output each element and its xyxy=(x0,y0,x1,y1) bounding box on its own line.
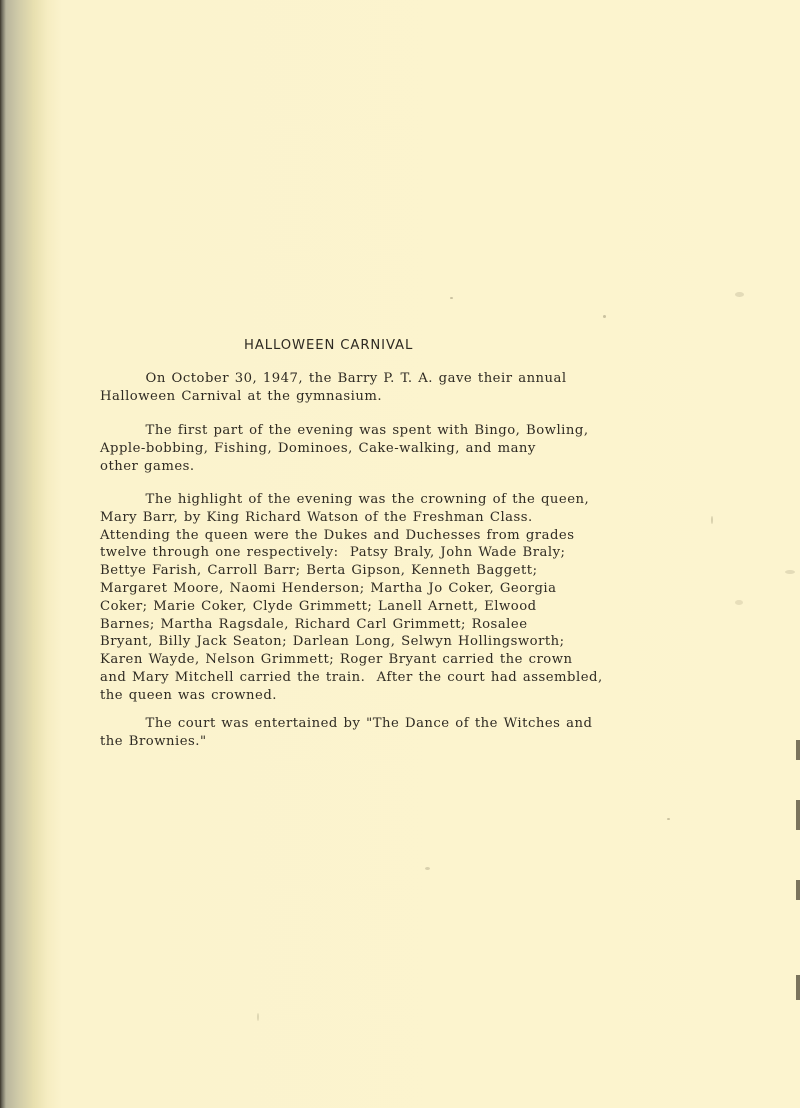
text-line: Bettye Farish, Carroll Barr; Berta Gipso… xyxy=(100,563,603,581)
scan-speck xyxy=(711,516,713,524)
paragraph-crowning: The highlight of the evening was the cro… xyxy=(100,492,603,706)
paragraph-games: The first part of the evening was spent … xyxy=(100,423,589,476)
text-line: The highlight of the evening was the cro… xyxy=(100,492,603,510)
text-line: Attending the queen were the Dukes and D… xyxy=(100,528,603,546)
scan-speck xyxy=(450,297,453,299)
document-title: HALLOWEEN CARNIVAL xyxy=(244,338,413,353)
text-line: Halloween Carnival at the gymnasium. xyxy=(100,389,567,407)
scan-speck xyxy=(667,818,670,820)
text-line: Apple-bobbing, Fishing, Dominoes, Cake-w… xyxy=(100,441,589,459)
scan-speck xyxy=(735,292,744,297)
scan-speck xyxy=(735,600,743,605)
paragraph-intro: On October 30, 1947, the Barry P. T. A. … xyxy=(100,371,567,407)
text-line: Karen Wayde, Nelson Grimmett; Roger Brya… xyxy=(100,652,603,670)
text-line: the queen was crowned. xyxy=(100,688,603,706)
text-line: Bryant, Billy Jack Seaton; Darlean Long,… xyxy=(100,634,603,652)
text-line: Margaret Moore, Naomi Henderson; Martha … xyxy=(100,581,603,599)
text-line: twelve through one respectively: Patsy B… xyxy=(100,545,603,563)
scan-speck xyxy=(425,867,430,870)
scanned-page: HALLOWEEN CARNIVAL On October 30, 1947, … xyxy=(0,0,800,1108)
scan-speck xyxy=(603,315,606,318)
text-line: Barnes; Martha Ragsdale, Richard Carl Gr… xyxy=(100,617,603,635)
text-line: and Mary Mitchell carried the train. Aft… xyxy=(100,670,603,688)
text-line: The first part of the evening was spent … xyxy=(100,423,589,441)
text-line: the Brownies." xyxy=(100,734,592,752)
text-line: On October 30, 1947, the Barry P. T. A. … xyxy=(100,371,567,389)
scan-speck xyxy=(785,570,795,574)
paragraph-entertainment: The court was entertained by "The Dance … xyxy=(100,716,592,752)
text-line: Coker; Marie Coker, Clyde Grimmett; Lane… xyxy=(100,599,603,617)
text-line: Mary Barr, by King Richard Watson of the… xyxy=(100,510,603,528)
text-line: The court was entertained by "The Dance … xyxy=(100,716,592,734)
text-line: other games. xyxy=(100,459,589,477)
scan-speck xyxy=(257,1013,259,1021)
